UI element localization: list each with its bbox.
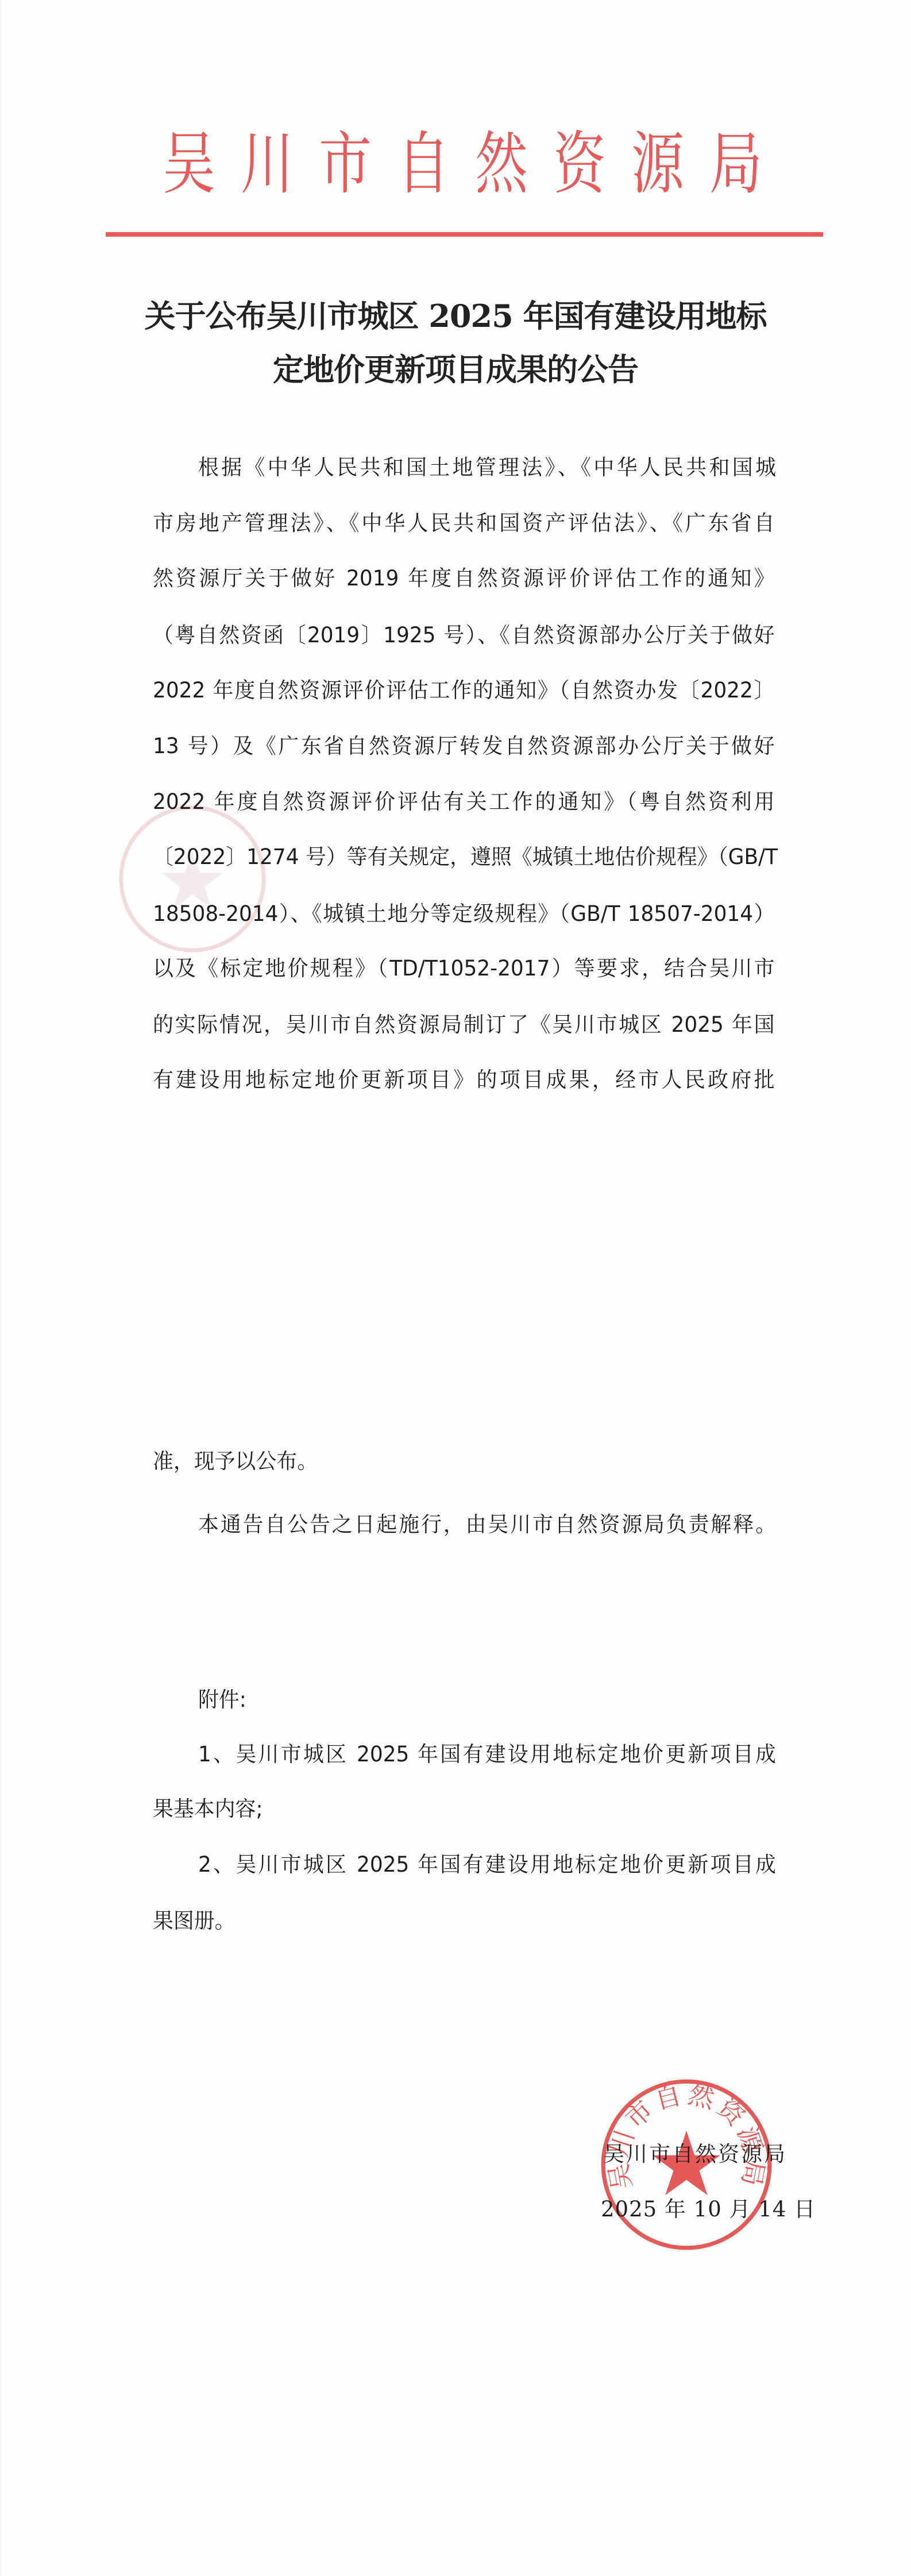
document-title-line-1: 关于公布吴川市城区 2025 年国有建设用地标 — [115, 299, 796, 333]
body-line: 2022 年度自然资源评价评估有关工作的通知》（粤自然资利用 — [153, 789, 775, 815]
body-line: （粤自然资函〔2019〕1925 号）、《自然资源部办公厅关于做好 — [153, 623, 775, 648]
body-line: 2022 年度自然资源评价评估工作的通知》（自然资办发〔2022〕 — [153, 678, 775, 703]
masthead-divider — [106, 232, 823, 237]
masthead-organization: 吴 川 市 自 然 资 源 局 — [155, 121, 770, 207]
body-line: 有建设用地标定地价更新项目》的项目成果，经市人民政府批 — [153, 1067, 775, 1093]
masthead-char: 吴 — [163, 121, 215, 207]
body-line: 市房地产管理法》、《中华人民共和国资产评估法》、《广东省自 — [153, 511, 775, 536]
attachment-item-1-cont: 果基本内容; — [153, 1796, 775, 1822]
masthead-char: 资 — [553, 121, 606, 207]
body-line: 的实际情况，吴川市自然资源局制订了《吴川市城区 2025 年国 — [153, 1012, 775, 1038]
body-line: 18508-2014）、《城镇土地分等定级规程》（GB/T 18507-2014… — [153, 901, 775, 927]
masthead-char: 自 — [397, 121, 450, 207]
body-line: 准，现予以公布。 — [153, 1449, 775, 1474]
ghost-seal-icon — [115, 801, 270, 957]
attachment-item-1: 1、吴川市城区 2025 年国有建设用地标定地价更新项目成 — [198, 1742, 776, 1767]
scan-edge — [0, 0, 2, 2576]
attachment-item-2: 2、吴川市城区 2025 年国有建设用地标定地价更新项目成 — [198, 1852, 776, 1877]
attachments-heading: 附件: — [198, 1687, 776, 1713]
masthead-char: 市 — [319, 121, 372, 207]
masthead-char: 局 — [709, 121, 762, 207]
masthead-char: 源 — [631, 121, 684, 207]
body-line: 根据《中华人民共和国土地管理法》、《中华人民共和国城 — [198, 455, 776, 480]
attachment-item-2-cont: 果图册。 — [153, 1908, 775, 1934]
signature-date: 2025 年 10 月 14 日 — [601, 2197, 816, 2222]
body-line: 13 号）及《广东省自然资源厅转发自然资源部办公厅关于做好 — [153, 734, 775, 759]
body-line: 然资源厅关于做好 2019 年度自然资源评价评估工作的通知》 — [153, 566, 775, 591]
body-line: 〔2022〕1274 号）等有关规定，遵照《城镇土地估价规程》（GB/T — [153, 844, 775, 870]
signature-organization: 吴川市自然资源局 — [603, 2142, 787, 2167]
body-line: 以及《标定地价规程》（TD/T1052-2017）等要求，结合吴川市 — [153, 956, 775, 981]
masthead-char: 然 — [475, 121, 528, 207]
masthead-char: 川 — [241, 121, 294, 207]
body-paragraph-effective: 本通告自公告之日起施行，由吴川市自然资源局负责解释。 — [198, 1512, 776, 1537]
document-title-line-2: 定地价更新项目成果的公告 — [115, 352, 796, 387]
document-page: 吴 川 市 自 然 资 源 局 关于公布吴川市城区 2025 年国有建设用地标 … — [0, 0, 911, 2576]
